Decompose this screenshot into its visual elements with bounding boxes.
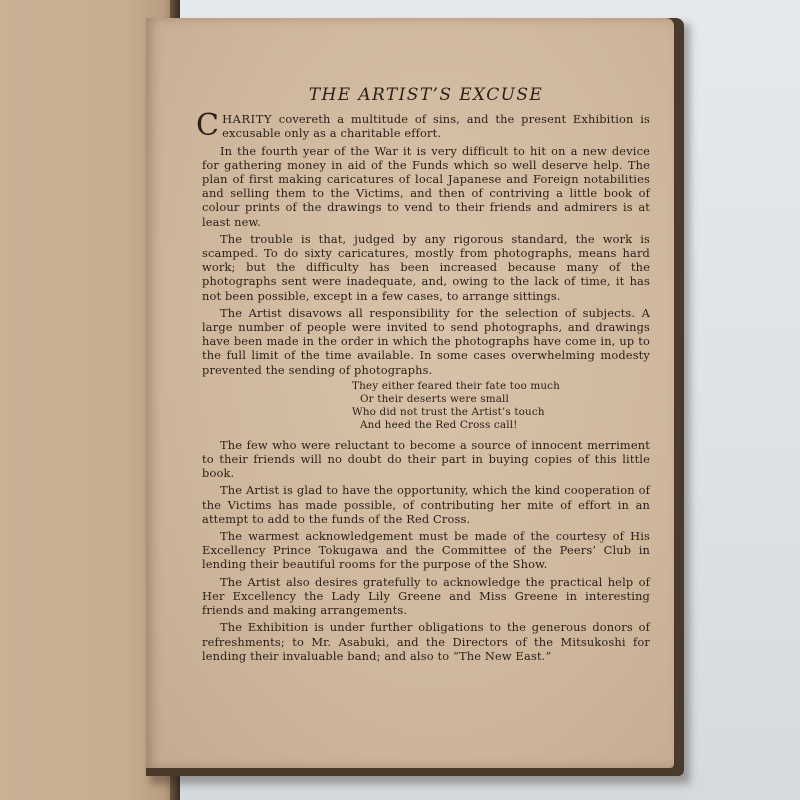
paragraph: The few who were reluctant to become a s… <box>202 438 650 481</box>
page-title: THE ARTIST’S EXCUSE <box>202 88 650 102</box>
paragraph: The Artist also desires gratefully to ac… <box>202 575 650 618</box>
paragraph: The warmest acknowledgement must be made… <box>202 529 650 572</box>
verse-line: They either feared their fate too much <box>352 380 650 393</box>
paragraph: The Exhibition is under further obligati… <box>202 620 650 663</box>
paragraph: The trouble is that, judged by any rigor… <box>202 232 650 303</box>
page-text: THE ARTIST’S EXCUSE CHARITY covereth a m… <box>202 82 650 666</box>
paragraph: The Artist is glad to have the opportuni… <box>202 483 650 526</box>
verse-line: And heed the Red Cross call! <box>352 419 650 432</box>
paragraph: In the fourth year of the War it is very… <box>202 144 650 229</box>
drop-cap: C <box>196 113 219 139</box>
verse: They either feared their fate too much O… <box>352 380 650 432</box>
opening-text: covereth a multitude of sins, and the pr… <box>222 112 650 140</box>
verse-line: Or their deserts were small <box>352 393 650 406</box>
verse-line: Who did not trust the Artist’s touch <box>352 406 650 419</box>
opening-paragraph: CHARITY covereth a multitude of sins, an… <box>202 112 650 140</box>
opening-lead: HARITY <box>222 112 272 126</box>
paragraph: The Artist disavows all responsibility f… <box>202 306 650 377</box>
